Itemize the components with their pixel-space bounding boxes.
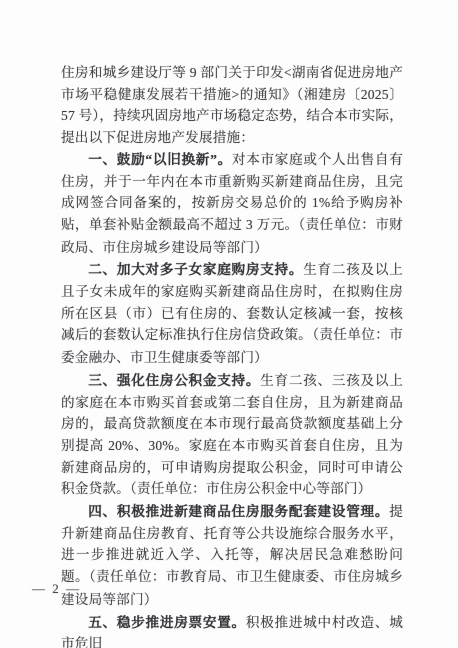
page-number: — 2 — (32, 581, 81, 597)
section-4-heading: 四、积极推进新建商品住房服务配套建设管理。 (88, 504, 389, 519)
section-3-heading: 三、强化住房公积金支持。 (88, 373, 260, 388)
intro-text: 住房和城乡建设厅等 9 部门关于印发<湖南省促进房地产市场平稳健康发展若干措施>… (61, 65, 403, 145)
section-2-heading: 二、加大对多子女家庭购房支持。 (88, 262, 303, 277)
section-3-responsibility: （责任单位：市住房公积金中心等部门） (130, 481, 372, 497)
section-paragraph-5: 五、稳步推进房票安置。积极推进城中村改造、城市危旧 (61, 612, 403, 648)
section-4-responsibility: （责任单位：市教育局、市卫生健康委、市住房城乡建设局等部门） (61, 569, 403, 608)
intro-paragraph: 住房和城乡建设厅等 9 部门关于印发<湖南省促进房地产市场平稳健康发展若干措施>… (61, 62, 403, 149)
section-paragraph-1: 一、鼓励“以旧换新”。对本市家庭或个人出售自有住房，并于一年内在本市重新购买新建… (61, 149, 403, 260)
section-3-body: 生育二孩、三孩及以上的家庭在本市购买首套或第二套自住房，且为新建商品房的，最高贷… (61, 373, 403, 497)
section-paragraph-3: 三、强化住房公积金支持。生育二孩、三孩及以上的家庭在本市购买首套或第二套自住房，… (61, 370, 403, 501)
section-5-heading: 五、稳步推进房票安置。 (88, 615, 246, 630)
document-page: 住房和城乡建设厅等 9 部门关于印发<湖南省促进房地产市场平稳健康发展若干措施>… (0, 0, 458, 648)
document-body: 住房和城乡建设厅等 9 部门关于印发<湖南省促进房地产市场平稳健康发展若干措施>… (61, 62, 403, 648)
section-paragraph-4: 四、积极推进新建商品住房服务配套建设管理。提升新建商品住房教育、托育等公共设施综… (61, 501, 403, 612)
section-paragraph-2: 二、加大对多子女家庭购房支持。生育二孩及以上且子女未成年的家庭购买新建商品住房时… (61, 259, 403, 370)
section-1-heading: 一、鼓励“以旧换新”。 (88, 152, 232, 167)
